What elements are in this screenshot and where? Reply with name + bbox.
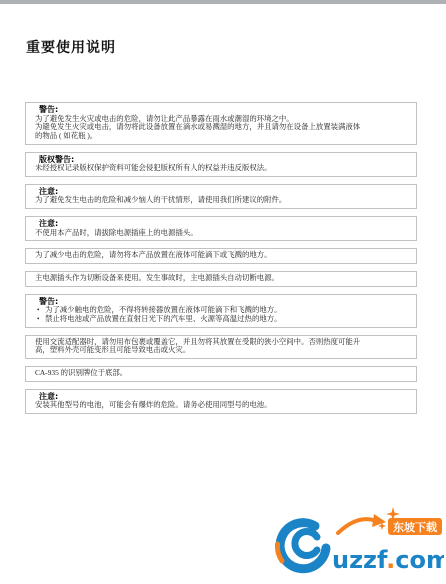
notice-line: 未经授权记录版权保护资料可能会侵犯版权所有人的权益并违反版权法。 <box>35 164 406 173</box>
notice-box-caution: 注意: 不使用本产品时，请拔除电源插座上的电源插头。 <box>25 216 417 241</box>
notice-box-plain: 主电源插头作为切断设备来使用。发生事故时，主电源插头自动切断电源。 <box>25 271 417 287</box>
notice-line: 为了减少电击的危险，请勿将本产品放置在液体可能滴下或飞溅的地方。 <box>35 251 406 260</box>
notice-box-caution: 注意: 安装其他型号的电池，可能会有爆炸的危险。请务必使用同型号的电池。 <box>25 389 417 414</box>
notice-line: 的物品 ( 如花瓶 )。 <box>35 132 406 141</box>
page-top-border <box>0 0 446 4</box>
notice-line: 为了避免发生电击的危险和减少恼人的干扰情形，请使用我们所建议的附件。 <box>35 196 406 205</box>
notice-line: 不使用本产品时，请拔除电源插座上的电源插头。 <box>35 229 406 238</box>
notice-box-warning: 警告: • 为了减少触电的危险，不得将转接器放置在液体可能滴下和飞溅的地方。 •… <box>25 294 417 328</box>
manual-page: 重要使用说明 警告: 为了避免发生火灾或电击的危险，请勿让此产品暴露在雨水或潮湿… <box>0 0 446 584</box>
notice-line: CA-935 的识别牌位于底部。 <box>35 369 406 378</box>
notice-line: 主电源插头作为切断设备来使用。发生事故时，主电源插头自动切断电源。 <box>35 274 406 283</box>
notice-list: 警告: 为了避免发生火灾或电击的危险，请勿让此产品暴露在雨水或潮湿的环境之中。 … <box>25 102 417 421</box>
notice-box-plain: 使用交流适配器时，请勿用布包裹或覆盖它，并且勿将其放置在受限的狭小空间中。否则热… <box>25 335 417 359</box>
notice-box-copyright-warning: 版权警告: 未经授权记录版权保护资料可能会侵犯版权所有人的权益并违反版权法。 <box>25 152 417 177</box>
brand-tld: com <box>395 546 444 574</box>
badge-label: 东坡下载 <box>393 520 437 534</box>
notice-box-warning: 警告: 为了避免发生火灾或电击的危险，请勿让此产品暴露在雨水或潮湿的环境之中。 … <box>25 102 417 145</box>
watermark-logo: 东坡下载 uzzf.com <box>272 506 444 578</box>
swoosh-arrow-icon <box>338 514 386 533</box>
notice-box-caution: 注意: 为了避免发生电击的危险和减少恼人的干扰情形，请使用我们所建议的附件。 <box>25 184 417 209</box>
notice-box-plain: 为了减少电击的危险，请勿将本产品放置在液体可能滴下或飞溅的地方。 <box>25 248 417 264</box>
page-title: 重要使用说明 <box>26 37 116 57</box>
bullet-icon: • <box>37 306 45 315</box>
bullet-item: • 禁止将电池或产品放置在直射日光下的汽车里、火源等高温过热的地方。 <box>35 315 406 324</box>
notice-line: 高，塑料外壳可能变形且可能导致电击或火灾。 <box>35 346 406 355</box>
notice-box-plain: CA-935 的识别牌位于底部。 <box>25 366 417 382</box>
brand-dot: . <box>386 546 395 574</box>
brand-text: uzzf.com <box>332 546 444 574</box>
notice-line: 禁止将电池或产品放置在直射日光下的汽车里、火源等高温过热的地方。 <box>45 315 282 324</box>
bullet-icon: • <box>37 315 45 324</box>
notice-line: 安装其他型号的电池，可能会有爆炸的危险。请务必使用同型号的电池。 <box>35 401 406 410</box>
swirl-icon <box>277 523 326 569</box>
brand-name: uzzf <box>332 546 388 574</box>
